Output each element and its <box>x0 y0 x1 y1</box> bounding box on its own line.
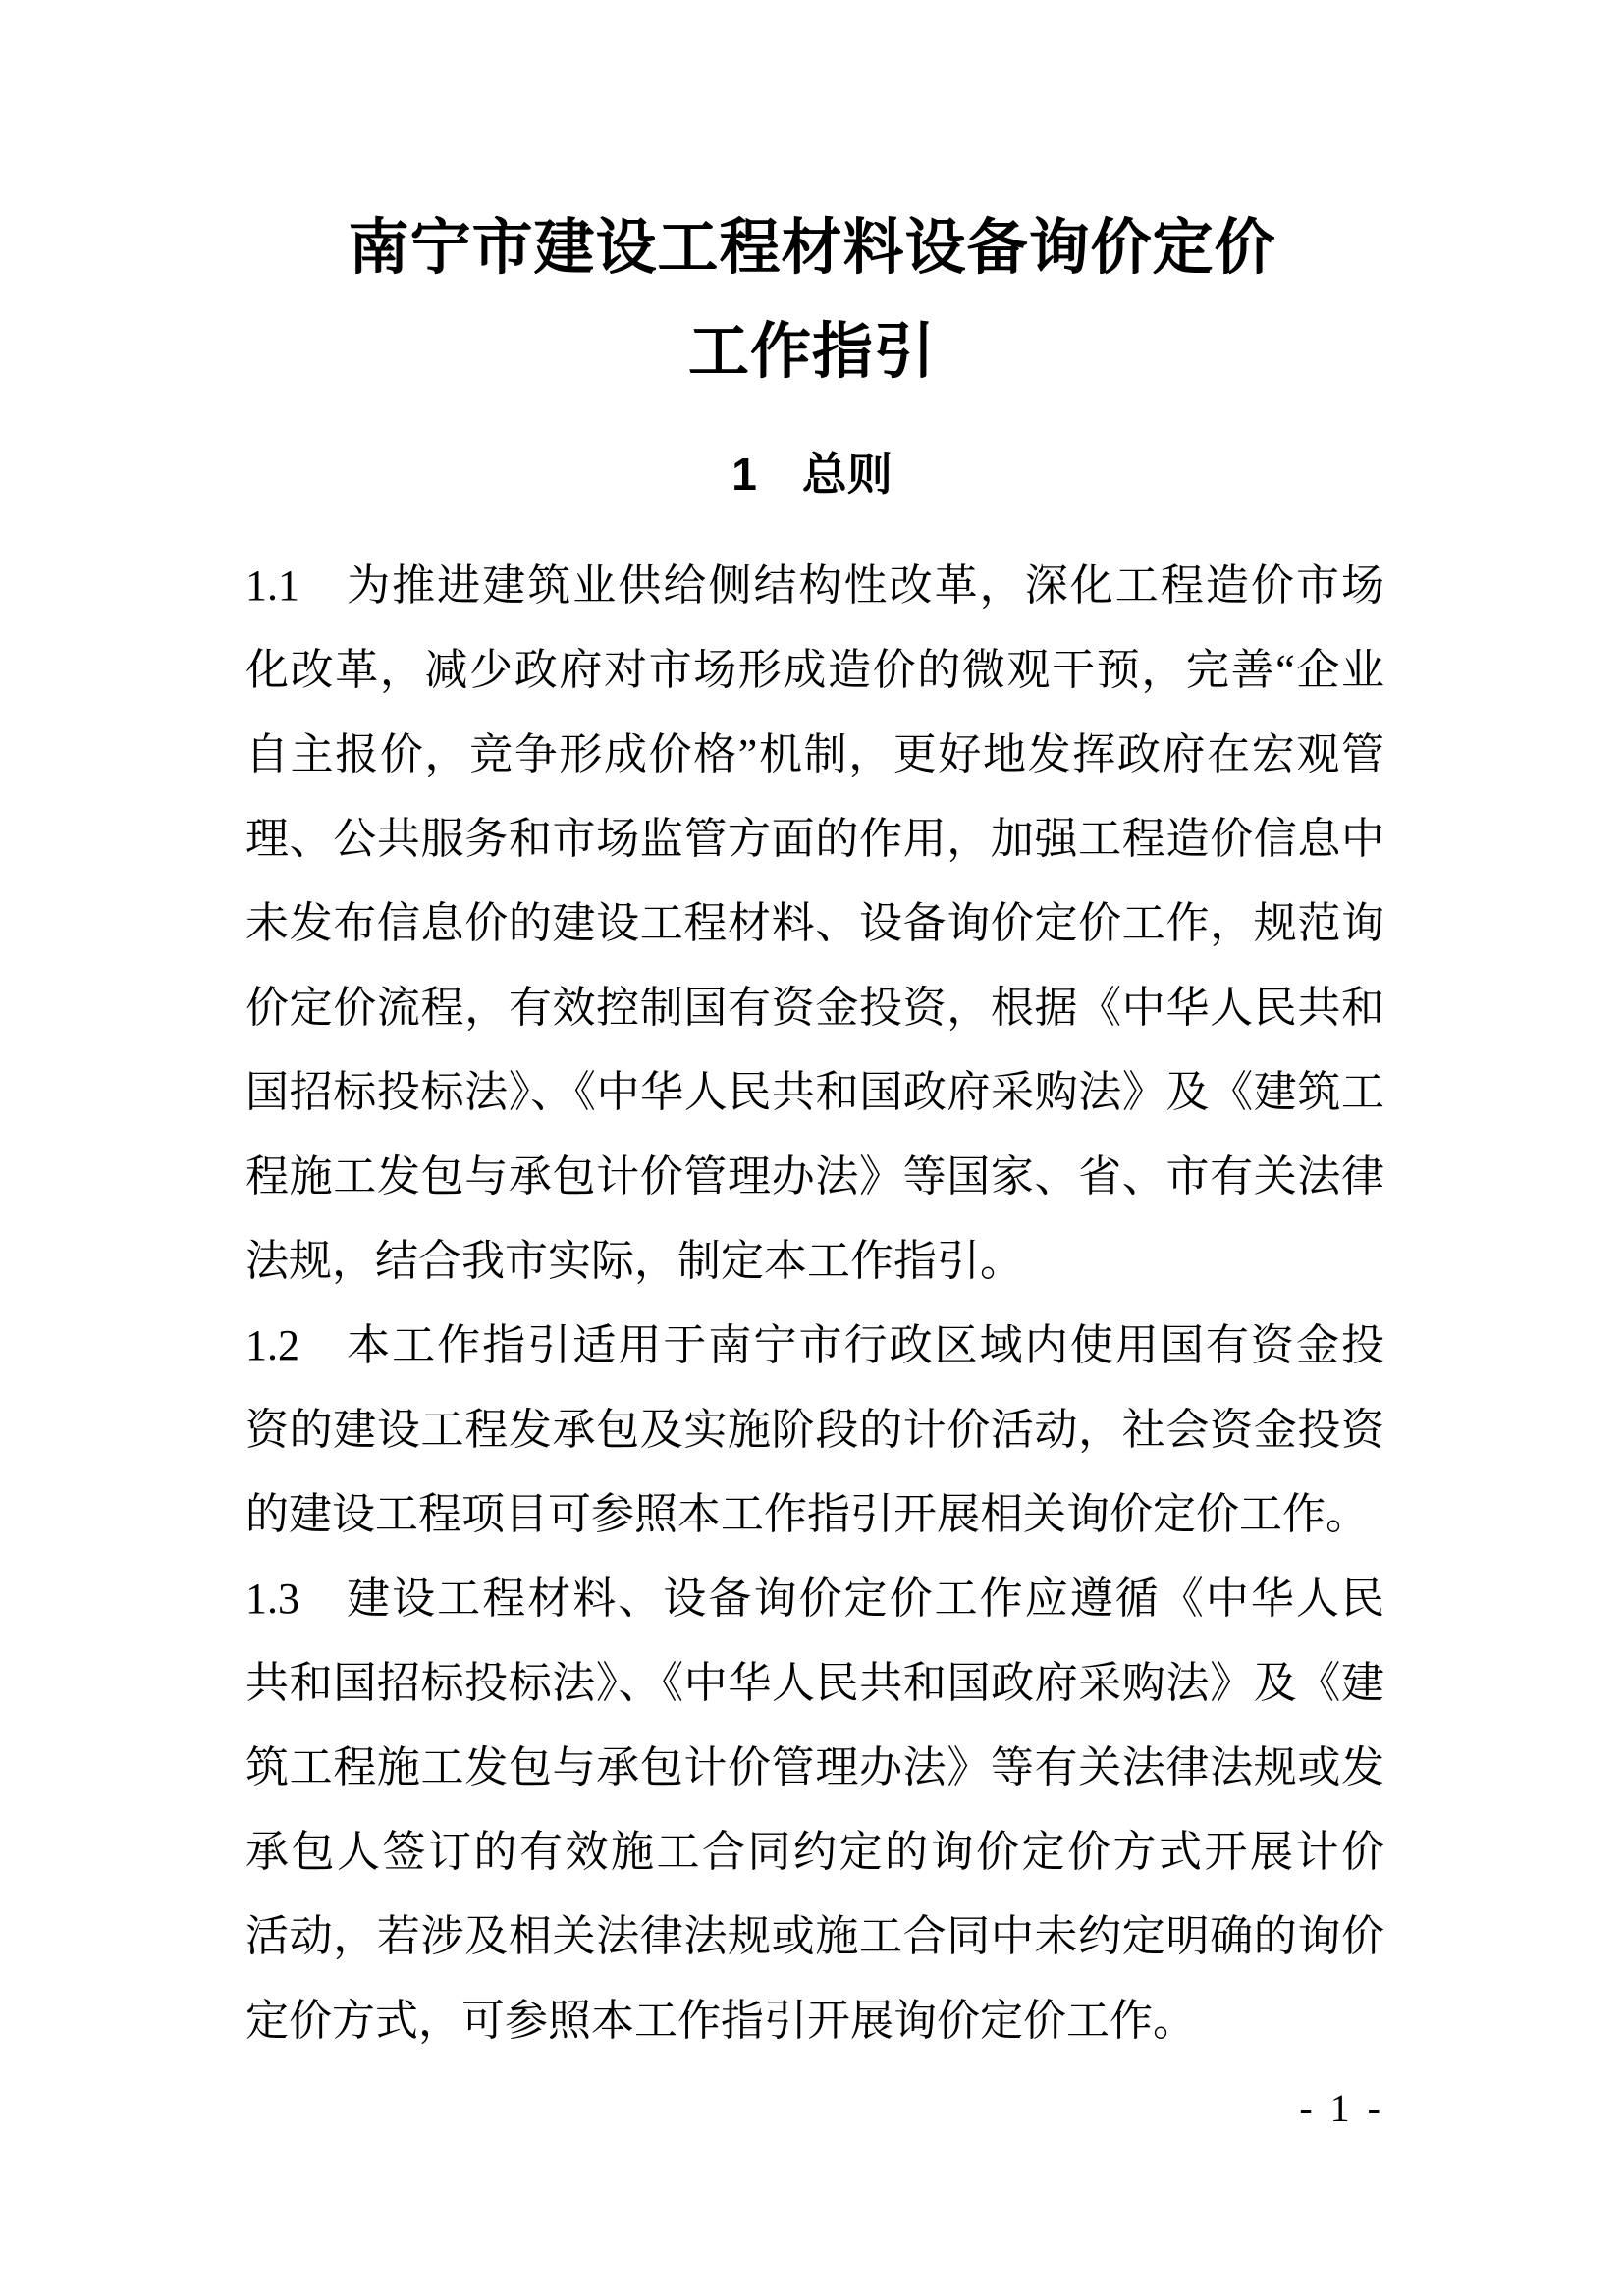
paragraph-1-2: 1.2 本工作指引适用于南宁市行政区域内使用国有资金投 资的建设工程发承包及实施… <box>245 1304 1384 1557</box>
body-line: 活动，若涉及相关法律法规或施工合同中未约定明确的询价 <box>245 1895 1384 1979</box>
body-line: 法规，结合我市实际，制定本工作指引。 <box>245 1219 1384 1304</box>
body-line: 1.1 为推进建筑业供给侧结构性改革，深化工程造价市场 <box>245 544 1384 628</box>
body-line: 定价方式，可参照本工作指引开展询价定价工作。 <box>245 1979 1384 2063</box>
body-line: 1.2 本工作指引适用于南宁市行政区域内使用国有资金投 <box>245 1304 1384 1388</box>
title-line-1: 南宁市建设工程材料设备询价定价 <box>0 196 1624 300</box>
page-number: - 1 - <box>245 2085 1384 2132</box>
body-line: 程施工发包与承包计价管理办法》等国家、省、市有关法律 <box>245 1135 1384 1219</box>
body-line: 共和国招标投标法》、《中华人民共和国政府采购法》及《建 <box>245 1641 1384 1726</box>
document-title: 南宁市建设工程材料设备询价定价 工作指引 <box>0 196 1624 404</box>
body-line: 筑工程施工发包与承包计价管理办法》等有关法律法规或发 <box>245 1726 1384 1810</box>
body-line: 承包人签订的有效施工合同约定的询价定价方式开展计价 <box>245 1810 1384 1895</box>
body-line: 资的建设工程发承包及实施阶段的计价活动，社会资金投资 <box>245 1388 1384 1472</box>
title-line-2: 工作指引 <box>0 300 1624 404</box>
body-line: 1.3 建设工程材料、设备询价定价工作应遵循《中华人民 <box>245 1557 1384 1641</box>
body-line: 化改革，减少政府对市场形成造价的微观干预，完善“企业 <box>245 628 1384 713</box>
paragraph-1-1: 1.1 为推进建筑业供给侧结构性改革，深化工程造价市场 化改革，减少政府对市场形… <box>245 544 1384 1304</box>
document-body: 1.1 为推进建筑业供给侧结构性改革，深化工程造价市场 化改革，减少政府对市场形… <box>245 544 1384 2063</box>
body-line: 价定价流程，有效控制国有资金投资，根据《中华人民共和 <box>245 966 1384 1050</box>
body-line: 自主报价，竞争形成价格”机制，更好地发挥政府在宏观管 <box>245 713 1384 797</box>
paragraph-1-3: 1.3 建设工程材料、设备询价定价工作应遵循《中华人民 共和国招标投标法》、《中… <box>245 1557 1384 2063</box>
body-line: 理、公共服务和市场监管方面的作用，加强工程造价信息中 <box>245 797 1384 881</box>
document-page: 南宁市建设工程材料设备询价定价 工作指引 1 总则 1.1 为推进建筑业供给侧结… <box>0 0 1624 2296</box>
section-heading: 1 总则 <box>0 440 1624 508</box>
body-line: 未发布信息价的建设工程材料、设备询价定价工作，规范询 <box>245 881 1384 966</box>
body-line: 的建设工程项目可参照本工作指引开展相关询价定价工作。 <box>245 1472 1384 1557</box>
body-line: 国招标投标法》、《中华人民共和国政府采购法》及《建筑工 <box>245 1050 1384 1135</box>
